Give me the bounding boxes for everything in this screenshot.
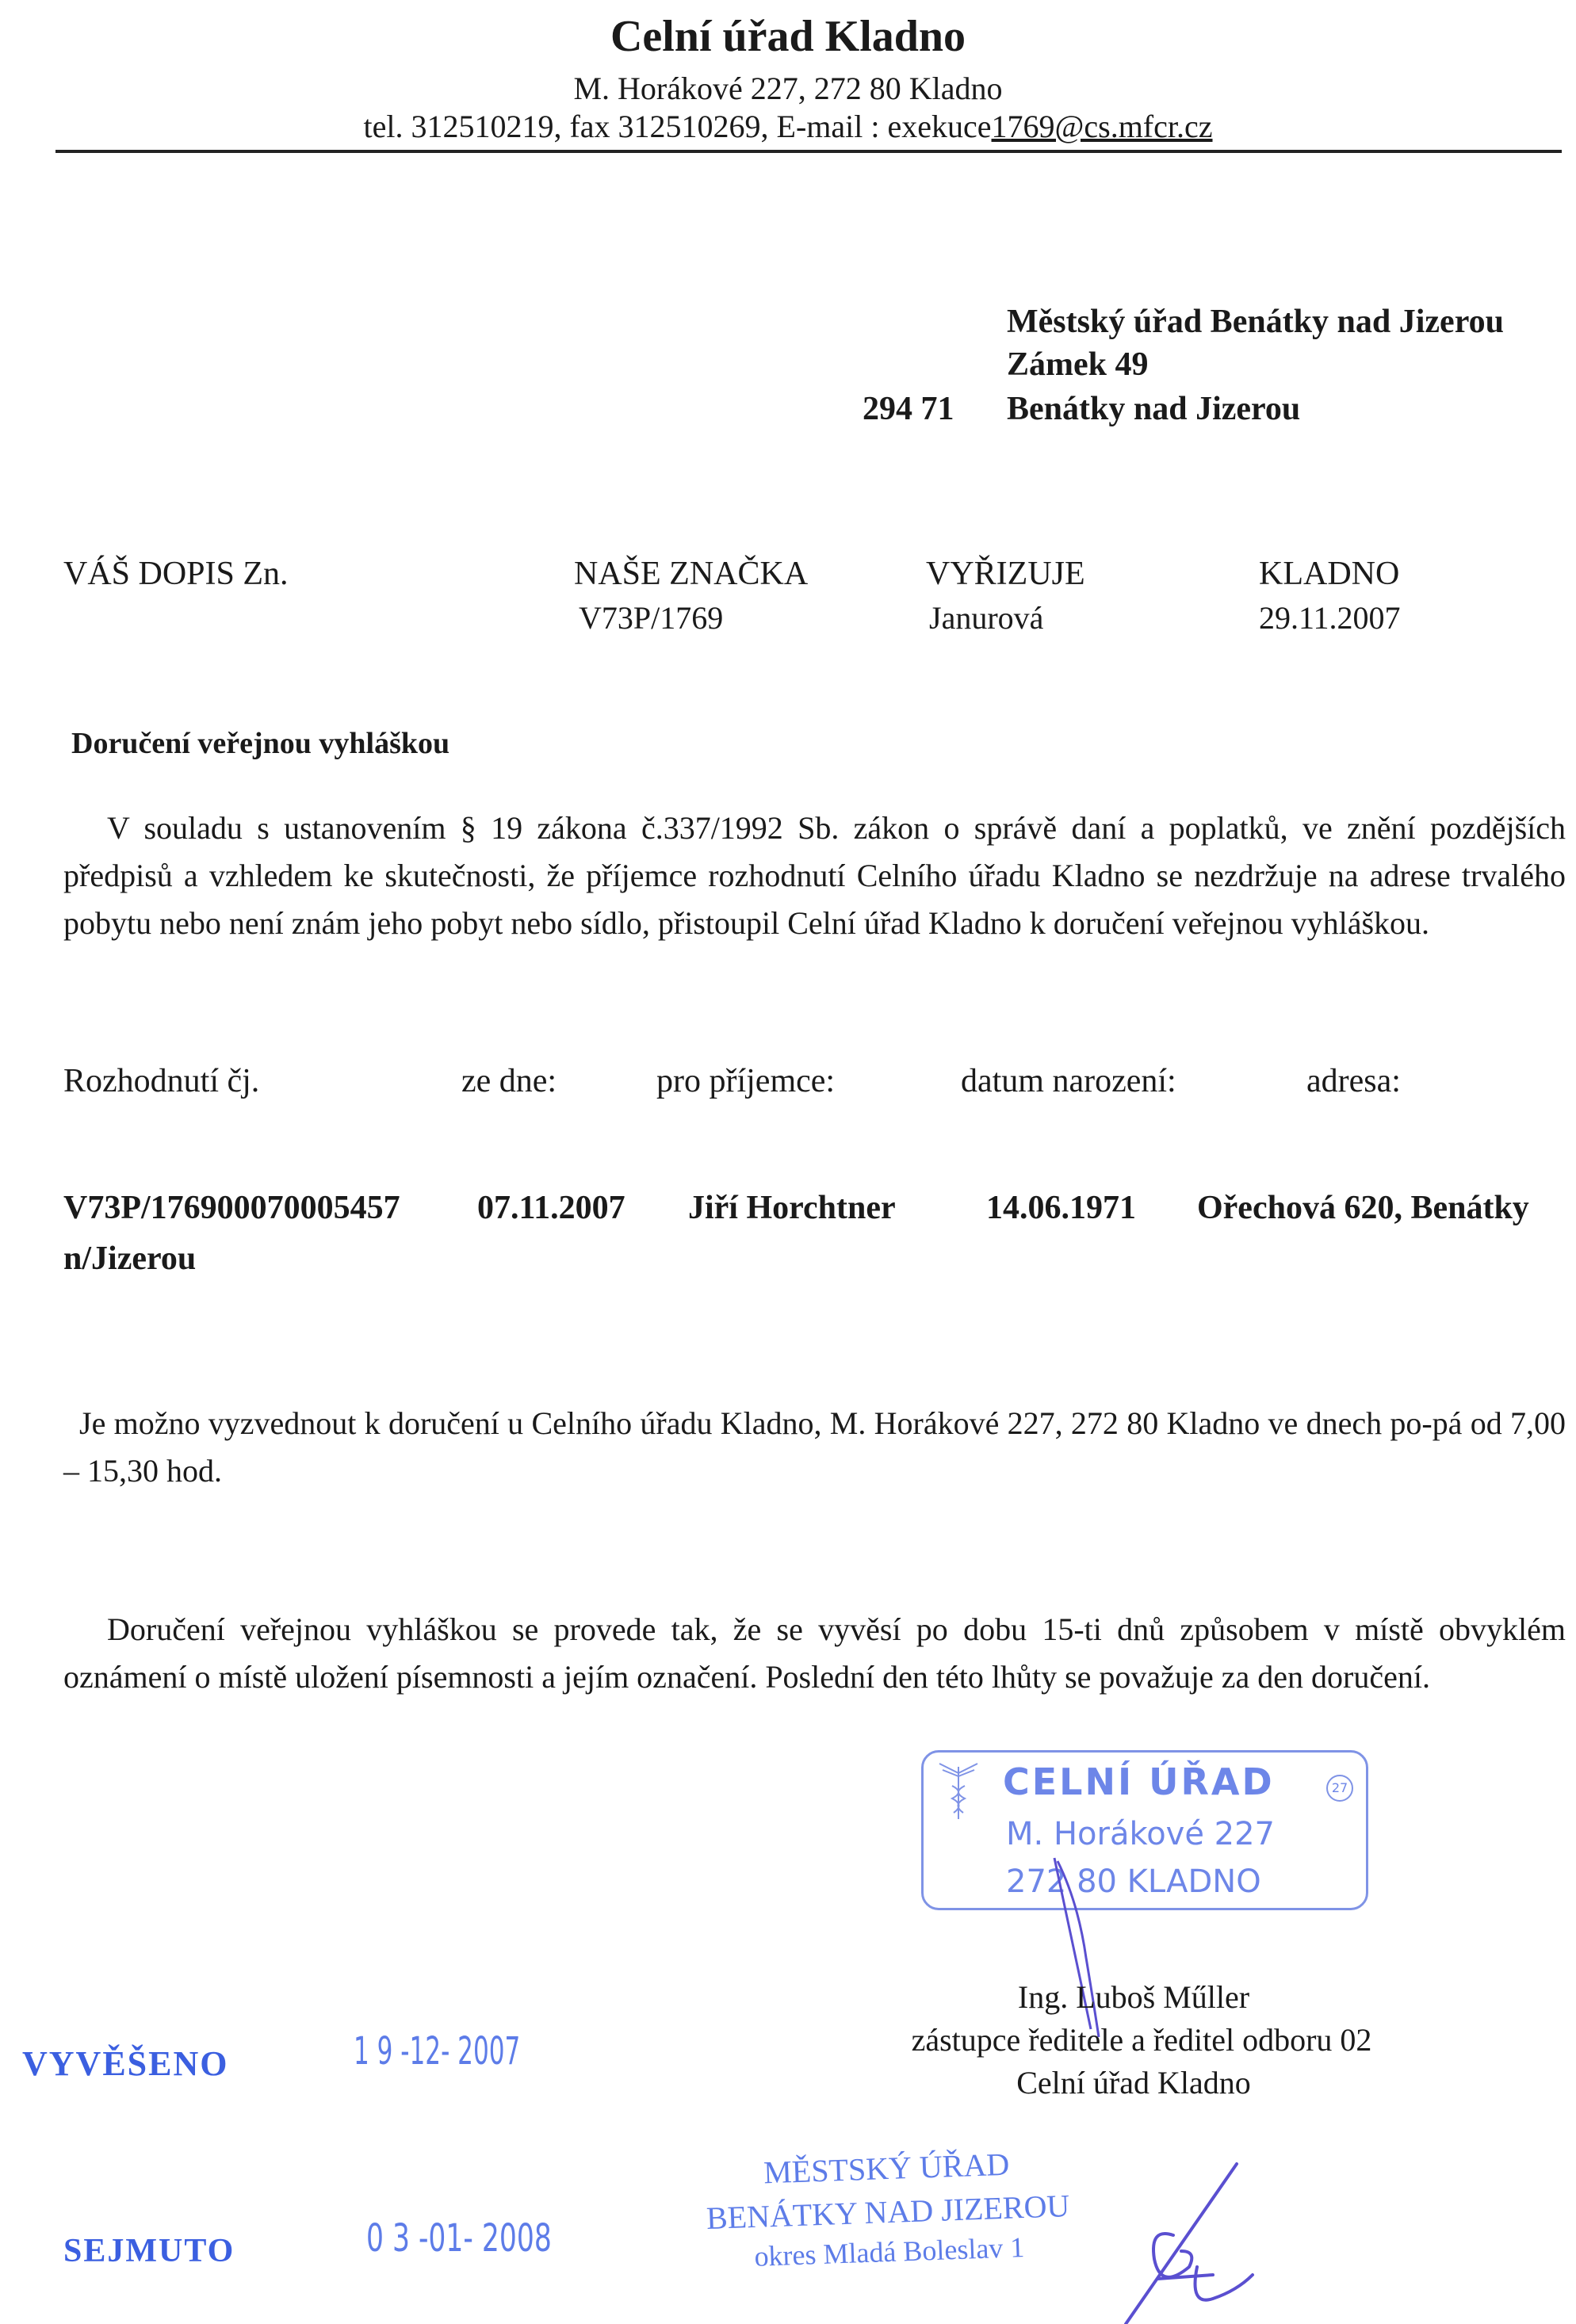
handwritten-initials (1078, 2140, 1284, 2324)
col-header-decision: Rozhodnutí čj. (63, 1062, 259, 1100)
municipal-stamp-line1: MĚSTSKÝ ÚŘAD (680, 2142, 1093, 2194)
our-ref-label: NAŠE ZNAČKA (574, 555, 808, 593)
signatory-office: Celní úřad Kladno (856, 2064, 1411, 2101)
your-letter-label: VÁŠ DOPIS Zn. (63, 555, 289, 593)
letter-date: 29.11.2007 (1259, 599, 1401, 636)
col-header-date: ze dne: (461, 1062, 557, 1100)
recipient-city: Benátky nad Jizerou (1007, 390, 1300, 428)
posted-date: 1 9 -12- 2007 (354, 2029, 520, 2074)
decision-date: 07.11.2007 (477, 1189, 625, 1227)
stamp-street: M. Horákové 227 (1006, 1816, 1275, 1852)
recipient-postcode: 294 71 (863, 390, 954, 428)
recipient-name: Městský úřad Benátky nad Jizerou (1007, 303, 1504, 341)
paragraph-legal-basis: V souladu s ustanovením § 19 zákona č.33… (63, 805, 1566, 947)
paragraph-pickup: Je možno vyzvednout k doručení u Celního… (63, 1400, 1566, 1495)
our-ref-value: V73P/1769 (579, 599, 723, 636)
email-link[interactable]: 1769@cs.mfcr.cz (992, 109, 1213, 144)
signatory-role: zástupce ředitele a ředitel odboru 02 (840, 2021, 1443, 2058)
subject-heading: Doručení veřejnou vyhláškou (71, 726, 449, 761)
decision-address-cont: n/Jizerou (63, 1240, 196, 1278)
letterhead-address: M. Horákové 227, 272 80 Kladno (0, 70, 1576, 107)
stamp-title: CELNÍ ÚŘAD (1003, 1760, 1275, 1803)
recipient-street: Zámek 49 (1007, 346, 1149, 384)
header-rule (55, 150, 1562, 153)
decision-address: Ořechová 620, Benátky (1197, 1189, 1529, 1227)
paragraph-delivery-rule: Doručení veřejnou vyhláškou se provede t… (63, 1606, 1566, 1701)
removed-label: SEJMUTO (63, 2232, 235, 2270)
col-header-address: adresa: (1306, 1062, 1401, 1100)
decision-ref: V73P/176900070005457 (63, 1189, 400, 1227)
col-header-birth-date: datum narození: (961, 1062, 1176, 1100)
col-header-recipient: pro příjemce: (656, 1062, 835, 1100)
signatory-name: Ing. Luboš Műller (856, 1978, 1411, 2016)
place-label: KLADNO (1259, 555, 1399, 593)
stamp-number-badge: 27 (1326, 1775, 1353, 1802)
caduceus-icon (935, 1759, 982, 1822)
contact-text: tel. 312510219, fax 312510269, E-mail : … (364, 109, 992, 144)
letterhead-office-name: Celní úřad Kladno (0, 11, 1576, 62)
removed-date: 0 3 -01- 2008 (366, 2216, 552, 2261)
customs-office-stamp: CELNÍ ÚŘAD 27 M. Horákové 227 272 80 KLA… (921, 1750, 1368, 1910)
decision-recipient: Jiří Horchtner (688, 1189, 896, 1227)
letterhead-contact: tel. 312510219, fax 312510269, E-mail : … (0, 108, 1576, 145)
municipal-stamp: MĚSTSKÝ ÚŘAD BENÁTKY NAD JIZEROU okres M… (680, 2142, 1096, 2276)
handled-by-label: VYŘIZUJE (926, 555, 1085, 593)
decision-birth-date: 14.06.1971 (986, 1189, 1136, 1227)
handled-by-value: Janurová (929, 599, 1043, 636)
posted-label: VYVĚŠENO (22, 2043, 229, 2084)
